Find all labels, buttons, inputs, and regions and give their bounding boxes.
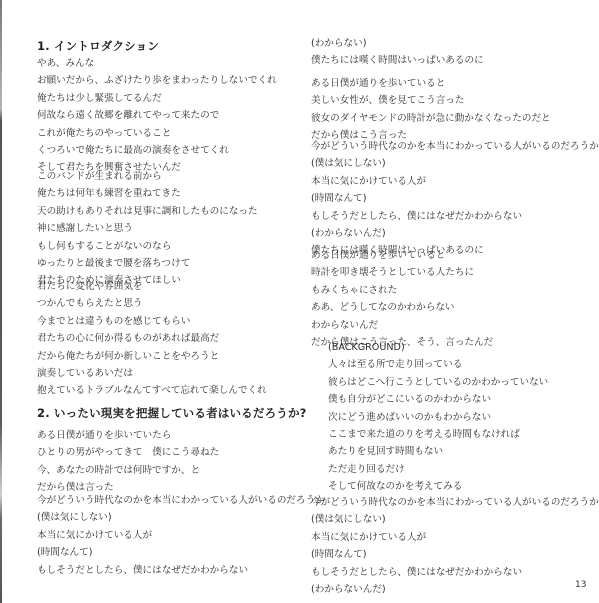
lyric-line: お願いだから、ふざけたり歩をまわったりしないでくれ (37, 72, 277, 89)
lyric-line: 今がどういう時代なのかを本当にわかっている人がいるのだろうか (311, 138, 599, 155)
right-stanza-1: (わからない) 僕たちには嘆く時間はいっぱいあるのに (311, 35, 484, 70)
right-stanza-background: (BACKGROUND) 人々は至る所で走り回っている 彼らはどこへ行こうとして… (328, 339, 548, 496)
section-1-stanza-1: やあ、みんな お願いだから、ふざけたり歩をまわったりしないでくれ 俺たちは少し緊… (37, 55, 277, 177)
background-label: (BACKGROUND) (328, 339, 548, 356)
lyric-line: ゆったりと最後まで腰を落ちつけて (37, 255, 258, 272)
lyric-line: 彼女のダイヤモンドの時計が急に動かなくなったのだと (311, 110, 551, 127)
section-1-stanza-2: このバンドが生まれる前から 俺たちは何年も練習を重ねてきた 天の助けもありそれは… (37, 168, 258, 290)
section-2-title: 2. いったい現実を把握している者はいるだろうか? (37, 405, 307, 421)
lyric-line: 俺たちは何年も練習を重ねてきた (37, 185, 258, 202)
lyric-line: このバンドが生まれる前から (37, 168, 258, 185)
page-number: 13 (575, 580, 586, 590)
lyric-line: (わからないんだ) (311, 581, 599, 598)
section-2-stanza-1: ある日僕が通りを歩いていたら ひとりの男がやってきて 僕にこう尋ねた 今、あなた… (37, 427, 219, 497)
lyric-line: 何故なら遠く故郷を離れてやって来たので (37, 107, 277, 124)
right-stanza-6: 今がどういう時代なのかを本当にわかっている人がいるのだろうか (僕は気にしない)… (311, 494, 599, 598)
lyric-line: (時間なんて) (311, 190, 599, 207)
lyric-line: 今までとは違うものを感じてもらい (37, 313, 267, 330)
lyric-line: 今がどういう時代なのかを本当にわかっている人がいるのだろうか (311, 494, 599, 511)
lyric-line: 時計を叩き壊そうとしている人たちに (311, 264, 493, 281)
lyric-line: 美しい女性が、僕を見てこう言った (311, 92, 551, 109)
lyric-line: 今がどういう時代なのかを本当にわかっている人がいるのだろうか (37, 492, 325, 509)
lyric-line: (僕は気にしない) (311, 155, 599, 172)
lyric-line: (わからない) (311, 35, 484, 52)
lyric-line: ああ、どうしてなのかわからない (311, 299, 493, 316)
lyric-line: ある日僕が通りを歩いていると (311, 247, 493, 264)
lyric-line: (時間なんて) (311, 546, 599, 563)
section-2-stanza-2: 今がどういう時代なのかを本当にわかっている人がいるのだろうか (僕は気にしない)… (37, 492, 325, 579)
lyric-line: (時間なんて) (37, 544, 325, 561)
lyric-line: ただ走り回るだけ (328, 461, 548, 478)
lyric-line: 彼らはどこへ行こうとしているのかわかっていない (328, 374, 548, 391)
lyric-line: 僕たちには嘆く時間はいっぱいあるのに (311, 52, 484, 69)
lyric-line: だから俺たちが何か新しいことをやろうと (37, 348, 267, 365)
section-1-stanza-3: 君たちに変化や雰囲気を つかんでもらえたと思う 今までとは違うものを感じてもらい… (37, 278, 267, 400)
lyric-line: もみくちゃにされた (311, 282, 493, 299)
lyric-line: つかんでもらえたと思う (37, 295, 267, 312)
lyric-line: 神に感謝したいと思う (37, 220, 258, 237)
lyric-line: ひとりの男がやってきて 僕にこう尋ねた (37, 444, 219, 461)
lyric-line: 本当に気にかけている人が (37, 527, 325, 544)
lyric-line: 抱えているトラブルなんてすべて忘れて楽しんでくれ (37, 382, 267, 399)
lyric-line: 本当に気にかけている人が (311, 173, 599, 190)
lyric-line: 僕も自分がどこにいるのかわからない (328, 391, 548, 408)
lyric-line: 君たちの心に何か得るものがあれば最高だ (37, 330, 267, 347)
lyric-line: やあ、みんな (37, 55, 277, 72)
right-stanza-3: 今がどういう時代なのかを本当にわかっている人がいるのだろうか (僕は気にしない)… (311, 138, 599, 260)
lyric-line: 君たちに変化や雰囲気を (37, 278, 267, 295)
lyric-line: くつろいで俺たちに最高の演奏をさせてくれ (37, 142, 277, 159)
lyric-line: ここまで来た道のりを考える時間もなければ (328, 426, 548, 443)
lyric-line: (わからないんだ) (311, 225, 599, 242)
lyric-line: 今、あなたの時計では何時ですか、と (37, 462, 219, 479)
lyric-line: 人々は至る所で走り回っている (328, 356, 548, 373)
lyric-line: もしそうだとしたら、僕にはなぜだかわからない (37, 562, 325, 579)
lyric-line: ある日僕が通りを歩いていたら (37, 427, 219, 444)
page-binding-edge (0, 0, 2, 603)
right-stanza-2: ある日僕が通りを歩いていると 美しい女性が、僕を見てこう言った 彼女のダイヤモン… (311, 75, 551, 145)
lyric-line: もしそうだとしたら、僕にはなぜだかわからない (311, 564, 599, 581)
lyric-line: (僕は気にしない) (37, 509, 325, 526)
lyric-line: (僕は気にしない) (311, 511, 599, 528)
lyric-line: もしそうだとしたら、僕にはなぜだかわからない (311, 208, 599, 225)
lyric-line: これが俺たちのやっていること (37, 125, 277, 142)
lyric-line: そして何故なのかを考えてみる (328, 478, 548, 495)
lyric-line: あたりを見回す時間もない (328, 443, 548, 460)
section-1-title: 1. イントロダクション (37, 38, 159, 54)
lyric-line: 俺たちは少し緊張してるんだ (37, 90, 277, 107)
lyric-line: 次にどう進めばいいのかもわからない (328, 409, 548, 426)
lyric-line: 天の助けもありそれは見事に調和したものになった (37, 203, 258, 220)
right-stanza-4: ある日僕が通りを歩いていると 時計を叩き壊そうとしている人たちに もみくちゃにさ… (311, 247, 493, 351)
lyric-line: ある日僕が通りを歩いていると (311, 75, 551, 92)
lyric-line: 演奏しているあいだは (37, 365, 267, 382)
lyric-line: もし何もすることがないのなら (37, 238, 258, 255)
lyric-line: わからないんだ (311, 317, 493, 334)
lyric-line: 本当に気にかけている人が (311, 529, 599, 546)
